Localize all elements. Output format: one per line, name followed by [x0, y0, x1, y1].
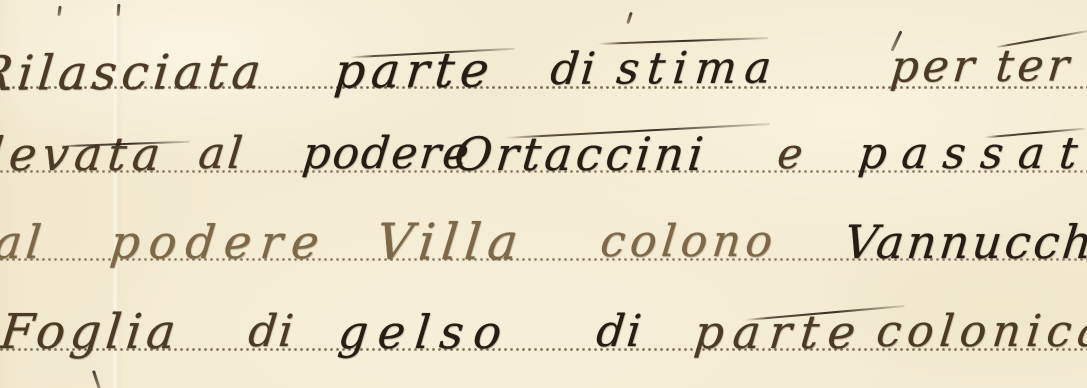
- stray-ink-mark: [626, 12, 633, 24]
- handwritten-word: di: [246, 306, 298, 358]
- stray-ink-mark: [92, 370, 101, 388]
- handwritten-word: Foglia: [0, 306, 183, 358]
- handwritten-word: levata: [0, 128, 169, 180]
- handwritten-word: colonica: [874, 306, 1087, 358]
- manuscript-page: Rilasciata parte di stima per ter levata…: [0, 0, 1087, 388]
- handwritten-word: Vannucchi: [842, 216, 1087, 268]
- handwritten-word: podere: [108, 216, 330, 268]
- handwritten-word: Villa: [374, 216, 527, 268]
- handwriting-line-4: Foglia di gelso di parte colonica: [0, 306, 1087, 358]
- stray-ink-mark: [57, 6, 61, 16]
- handwritten-word: al: [196, 128, 248, 180]
- handwritten-word: stima: [614, 42, 781, 95]
- handwritten-word: Ortaccini: [452, 128, 710, 180]
- handwritten-word: per ter: [888, 40, 1075, 93]
- handwritten-word: e: [775, 128, 805, 180]
- handwritten-word: Rilasciata: [0, 46, 268, 100]
- handwritten-word: di: [594, 306, 646, 358]
- handwritten-word: di: [548, 44, 599, 96]
- handwritten-word: passata: [856, 128, 1087, 180]
- handwriting-line-1: Rilasciata parte di stima per ter: [0, 40, 1087, 100]
- handwritten-word: colono: [598, 216, 780, 268]
- handwritten-word: podere: [300, 128, 473, 180]
- handwritten-word: al: [0, 216, 48, 268]
- handwritten-word: gelso: [336, 306, 514, 358]
- handwritten-word: parte: [692, 306, 867, 358]
- handwriting-line-3: al podere Villa colono Vannucchi: [0, 216, 1087, 268]
